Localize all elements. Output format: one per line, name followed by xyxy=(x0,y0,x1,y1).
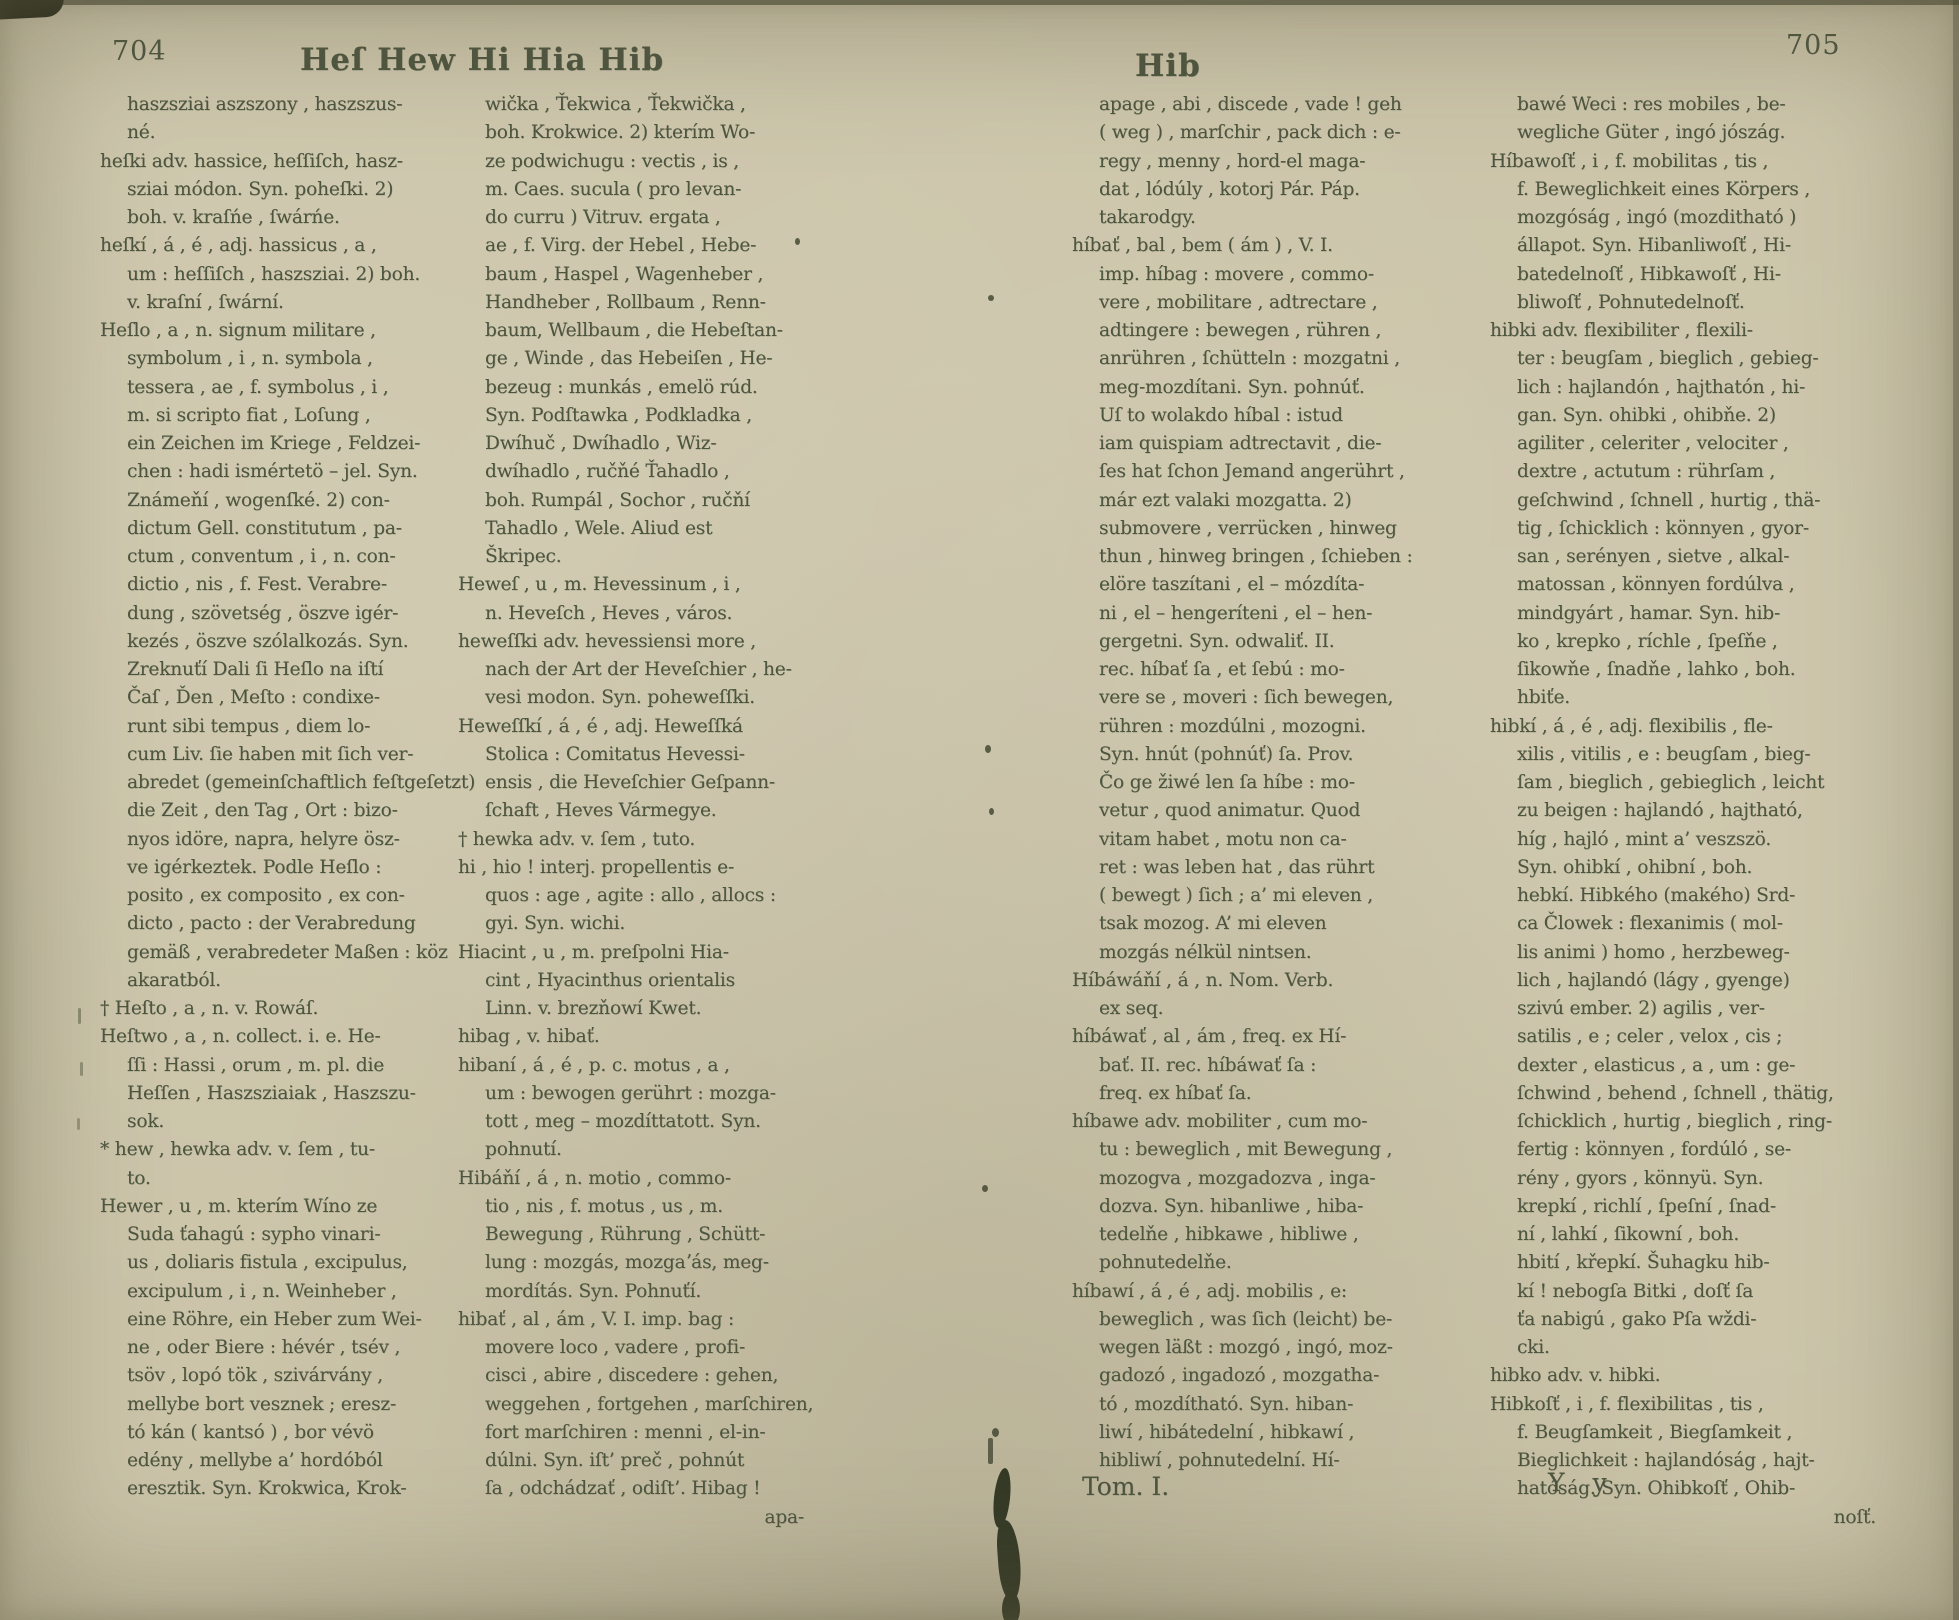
text-line: dozva. Syn. hibanliwe , hiba- xyxy=(1072,1196,1452,1224)
text-line: submovere , verrücken , hinweg xyxy=(1072,518,1452,546)
text-line: hibať , al , ám , V. I. imp. bag : xyxy=(458,1309,810,1337)
text-line: nach der Art der Heveſchier , he- xyxy=(458,659,810,687)
ink-speck xyxy=(989,808,994,815)
text-line: Uſ to wolakdo híbal : istud xyxy=(1072,405,1452,433)
text-line: mozgás nélkül nintsen. xyxy=(1072,942,1452,970)
text-line: ne , oder Biere : hévér , tsév , xyxy=(100,1337,452,1365)
text-line: pohnutí. xyxy=(458,1139,810,1167)
text-line: lich , hajlandó (lágy , gyenge) xyxy=(1490,970,1882,998)
text-line: Hiacint , u , m. preſpolni Hia- xyxy=(458,942,810,970)
text-line: Heſtwo , a , n. collect. i. e. He- xyxy=(100,1026,452,1054)
text-line: ctum , conventum , i , n. con- xyxy=(100,546,452,574)
text-line: Bewegung , Rührung , Schütt- xyxy=(458,1224,810,1252)
text-line: lich : hajlandón , hajthatón , hi- xyxy=(1490,377,1882,405)
text-line: né. xyxy=(100,122,452,150)
text-line: apage , abi , discede , vade ! geh xyxy=(1072,94,1452,122)
text-line: us , doliaris fistula , excipulus, xyxy=(100,1252,452,1280)
text-line: híg , hajló , mint a’ veszszö. xyxy=(1490,829,1882,857)
text-line: bliwoſť , Pohnutedelnoſť. xyxy=(1490,292,1882,320)
text-line: hibkí , á , é , adj. flexibilis , fle- xyxy=(1490,716,1882,744)
text-line: gan. Syn. ohibki , ohibňe. 2) xyxy=(1490,405,1882,433)
page-number-right: 705 xyxy=(1786,30,1841,61)
text-line: n. Heveſch , Heves , város. xyxy=(458,603,810,631)
text-line: vesi modon. Syn. poheweſſki. xyxy=(458,687,810,715)
text-line: ae , f. Virg. der Hebel , Hebe- xyxy=(458,235,810,263)
text-line: hibaní , á , é , p. c. motus , a , xyxy=(458,1055,810,1083)
text-line: mindgyárt , hamar. Syn. hib- xyxy=(1490,603,1882,631)
text-line: ter : beugſam , bieglich , gebieg- xyxy=(1490,348,1882,376)
text-line: mellybe bort vesznek ; eresz- xyxy=(100,1394,452,1422)
text-line: mozogva , mozgadozva , inga- xyxy=(1072,1168,1452,1196)
text-line: matossan , könnyen fordúlva , xyxy=(1490,574,1882,602)
text-line: to. xyxy=(100,1168,452,1196)
text-line: liwí , hibátedelní , hibkawí , xyxy=(1072,1422,1452,1450)
text-line: ni , el – hengeríteni , el – hen- xyxy=(1072,603,1452,631)
ink-speck xyxy=(795,238,800,245)
right-page-column-1: apage , abi , discede , vade ! geh( weg … xyxy=(1072,94,1452,1478)
text-line: haszsziai aszszony , haszszus- xyxy=(100,94,452,122)
left-page-column-2: wička , Ťekwica , Ťekwička ,boh. Krokwic… xyxy=(458,94,810,1535)
text-line: † hewka adv. v. ſem , tuto. xyxy=(458,829,810,857)
text-line: rény , gyors , könnyü. Syn. xyxy=(1490,1168,1882,1196)
text-line: ein Zeichen im Kriege , Feldzei- xyxy=(100,433,452,461)
text-line: Syn. hnút (pohnúť) ſa. Prov. xyxy=(1072,744,1452,772)
page-number-left: 704 xyxy=(112,36,167,67)
text-line: gemäß , verabredeter Maßen : köz xyxy=(100,942,452,970)
text-line: Híbawoſť , i , f. mobilitas , tis , xyxy=(1490,151,1882,179)
text-line: weggehen , fortgehen , marſchiren, xyxy=(458,1394,810,1422)
text-line: ret : was leben hat , das rührt xyxy=(1072,857,1452,885)
text-line: eresztik. Syn. Krokwica, Krok- xyxy=(100,1478,452,1506)
text-line: tedelňe , hibkawe , hibliwe , xyxy=(1072,1224,1452,1252)
text-line: anrühren , ſchütteln : mozgatni , xyxy=(1072,348,1452,376)
text-line: baum, Wellbaum , die Hebeſtan- xyxy=(458,320,810,348)
ink-speck xyxy=(988,295,994,301)
text-line: Hibáňí , á , n. motio , commo- xyxy=(458,1168,810,1196)
text-line: tsak mozog. A’ mi eleven xyxy=(1072,913,1452,941)
text-line: Heweſſkí , á , é , adj. Heweſſká xyxy=(458,716,810,744)
text-line: Suda ťahagú : sypho vinari- xyxy=(100,1224,452,1252)
text-line: runt sibi tempus , diem lo- xyxy=(100,716,452,744)
text-line: ge , Winde , das Hebeiſen , He- xyxy=(458,348,810,376)
text-line: die Zeit , den Tag , Ort : bizo- xyxy=(100,800,452,828)
text-line: Zreknuťí Dali ſi Heſlo na iſtí xyxy=(100,659,452,687)
text-line: baum , Haspel , Wagenheber , xyxy=(458,264,810,292)
text-line: wegen läßt : mozgó , ingó, moz- xyxy=(1072,1337,1452,1365)
text-line: ſikowňe , ſnadňe , lahko , boh. xyxy=(1490,659,1882,687)
text-line: Heſlo , a , n. signum militare , xyxy=(100,320,452,348)
text-line: mordítás. Syn. Pohnuťí. xyxy=(458,1281,810,1309)
text-line: ní , lahkí , ſikowní , boh. xyxy=(1490,1224,1882,1252)
text-line: híbawí , á , é , adj. mobilis , e: xyxy=(1072,1281,1452,1309)
text-line: dúlni. Syn. iſt’ preč , pohnút xyxy=(458,1450,810,1478)
text-line: vere se , moveri : ſich bewegen, xyxy=(1072,687,1452,715)
text-line: dictum Gell. constitutum , pa- xyxy=(100,518,452,546)
text-line: regy , menny , hord-el maga- xyxy=(1072,151,1452,179)
text-line: Čo ge žiwé len ſa híbe : mo- xyxy=(1072,772,1452,800)
text-line: Heſſen , Haszsziaiak , Haszszu- xyxy=(100,1083,452,1111)
ink-speck xyxy=(77,1118,80,1130)
text-line: cum Liv. ſie haben mit ſich ver- xyxy=(100,744,452,772)
text-line: vetur , quod animatur. Quod xyxy=(1072,800,1452,828)
text-line: apa- xyxy=(458,1507,810,1535)
text-line: dextre , actutum : rührſam , xyxy=(1490,461,1882,489)
text-line: Hibkoſť , i , f. flexibilitas , tis , xyxy=(1490,1394,1882,1422)
text-line: m. Caes. sucula ( pro levan- xyxy=(458,179,810,207)
left-page-column-1: haszsziai aszszony , haszszus-né.heſki a… xyxy=(100,94,452,1507)
right-page-column-2: bawé Weci : res mobiles , be-wegliche Gü… xyxy=(1490,94,1882,1535)
text-line: ſchwind , behend , ſchnell , thätig, xyxy=(1490,1083,1882,1111)
text-line: excipulum , i , n. Weinheber , xyxy=(100,1281,452,1309)
text-line: wička , Ťekwica , Ťekwička , xyxy=(458,94,810,122)
ink-blob xyxy=(1002,1592,1020,1620)
text-line: Syn. ohibkí , ohibní , boh. xyxy=(1490,857,1882,885)
text-line: batedelnoſť , Hibkawoſť , Hi- xyxy=(1490,264,1882,292)
text-line: hibag , v. hibať. xyxy=(458,1026,810,1054)
text-line: fertig : könnyen , fordúló , se- xyxy=(1490,1139,1882,1167)
ink-speck xyxy=(982,1185,988,1192)
text-line: v. kraſní , ſwární. xyxy=(100,292,452,320)
ink-blob xyxy=(988,1438,993,1464)
text-line: tó , mozdítható. Syn. hiban- xyxy=(1072,1394,1452,1422)
text-line: tott , meg – mozdíttatott. Syn. xyxy=(458,1111,810,1139)
text-line: dat , lódúly , kotorj Pár. Páp. xyxy=(1072,179,1452,207)
text-line: f. Beugſamkeit , Biegſamkeit , xyxy=(1490,1422,1882,1450)
text-line: heſki adv. hassice, heſſiſch, hasz- xyxy=(100,151,452,179)
text-line: zu beigen : hajlandó , hajtható, xyxy=(1490,800,1882,828)
text-line: fort marſchiren : menni , el-in- xyxy=(458,1422,810,1450)
text-line: ſſi : Hassi , orum , m. pl. die xyxy=(100,1055,452,1083)
text-line: híbáwať , al , ám , freq. ex Hí- xyxy=(1072,1026,1452,1054)
text-line: posito , ex composito , ex con- xyxy=(100,885,452,913)
text-line: rec. híbať ſa , et ſebú : mo- xyxy=(1072,659,1452,687)
text-line: szivú ember. 2) agilis , ver- xyxy=(1490,998,1882,1026)
ink-speck xyxy=(985,745,991,753)
text-line: san , serényen , sietve , alkal- xyxy=(1490,546,1882,574)
text-line: xilis , vitilis , e : beugſam , bieg- xyxy=(1490,744,1882,772)
text-line: akaratból. xyxy=(100,970,452,998)
text-line: ve igérkeztek. Podle Heſlo : xyxy=(100,857,452,885)
text-line: sok. xyxy=(100,1111,452,1139)
text-line: hi , hio ! interj. propellentis e- xyxy=(458,857,810,885)
text-line: Čaſ , Ďen , Meſto : condixe- xyxy=(100,687,452,715)
text-line: bawé Weci : res mobiles , be- xyxy=(1490,94,1882,122)
text-line: ( weg ) , marſchir , pack dich : e- xyxy=(1072,122,1452,150)
text-line: állapot. Syn. Hibanliwoſť , Hi- xyxy=(1490,235,1882,263)
scan-edge-top xyxy=(0,0,1959,5)
text-line: ſes hat ſchon Jemand angerührt , xyxy=(1072,461,1452,489)
text-line: beweglich , was ſich (leicht) be- xyxy=(1072,1309,1452,1337)
text-line: Stolica : Comitatus Hevessi- xyxy=(458,744,810,772)
text-line: ſchicklich , hurtig , bieglich , ring- xyxy=(1490,1111,1882,1139)
text-line: lis animi ) homo , herzbeweg- xyxy=(1490,942,1882,970)
text-line: boh. Krokwice. 2) kterím Wo- xyxy=(458,122,810,150)
text-line: ko , krepko , ríchle , ſpeſňe , xyxy=(1490,631,1882,659)
scan-edge-right xyxy=(1953,0,1959,1620)
text-line: híbať , bal , bem ( ám ) , V. I. xyxy=(1072,235,1452,263)
running-head-right: Hib xyxy=(1135,48,1201,84)
text-line: dictio , nis , f. Fest. Verabre- xyxy=(100,574,452,602)
text-line: iam quispiam adtrectavit , die- xyxy=(1072,433,1452,461)
text-line: tessera , ae , f. symbolus , i , xyxy=(100,377,452,405)
text-line: mozgóság , ingó (mozditható ) xyxy=(1490,207,1882,235)
text-line: tio , nis , f. motus , us , m. xyxy=(458,1196,810,1224)
text-line: Tahadlo , Wele. Aliud est xyxy=(458,518,810,546)
text-line: ſchaft , Heves Vármegye. xyxy=(458,800,810,828)
text-line: ſam , bieglich , gebieglich , leicht xyxy=(1490,772,1882,800)
text-line: rühren : mozdúlni , mozogni. xyxy=(1072,716,1452,744)
text-line: sziai módon. Syn. poheſki. 2) xyxy=(100,179,452,207)
text-line: Škripec. xyxy=(458,546,810,574)
text-line: ſa , odchádzať , odiſt’. Hibag ! xyxy=(458,1478,810,1506)
text-line: elöre taszítani , el – mózdíta- xyxy=(1072,574,1452,602)
text-line: ca Člowek : flexanimis ( mol- xyxy=(1490,913,1882,941)
text-line: dicto , pacto : der Verabredung xyxy=(100,913,452,941)
running-head-left: Heſ Hew Hi Hia Hib xyxy=(300,42,664,78)
text-line: do curru ) Vitruv. ergata , xyxy=(458,207,810,235)
text-line: meg-mozdítani. Syn. pohnúť. xyxy=(1072,377,1452,405)
ink-speck xyxy=(80,1062,83,1076)
text-line: dexter , elasticus , a , um : ge- xyxy=(1490,1055,1882,1083)
text-line: um : heſſiſch , haszsziai. 2) boh. xyxy=(100,264,452,292)
text-line: híbawe adv. mobiliter , cum mo- xyxy=(1072,1111,1452,1139)
tome-label: Tom. I. xyxy=(1082,1472,1169,1501)
book-scan-page: { "left_page": { "page_number": "704", "… xyxy=(0,0,1959,1620)
text-line: eine Röhre, ein Heber zum Wei- xyxy=(100,1309,452,1337)
text-line: ex seq. xyxy=(1072,998,1452,1026)
text-line: pohnutedelňe. xyxy=(1072,1252,1452,1280)
text-line: movere loco , vadere , profi- xyxy=(458,1337,810,1365)
text-line: heweſſki adv. hevessiensi more , xyxy=(458,631,810,659)
text-line: imp. híbag : movere , commo- xyxy=(1072,264,1452,292)
text-line: freq. ex híbať ſa. xyxy=(1072,1083,1452,1111)
text-line: * hew , hewka adv. v. ſem , tu- xyxy=(100,1139,452,1167)
text-line: ze podwichugu : vectis , is , xyxy=(458,151,810,179)
text-line: boh. Rumpál , Sochor , ručňí xyxy=(458,490,810,518)
text-line: ensis , die Heveſchier Geſpann- xyxy=(458,772,810,800)
text-line: Hewer , u , m. kterím Wíno ze xyxy=(100,1196,452,1224)
text-line: Linn. v. brezňowí Kwet. xyxy=(458,998,810,1026)
text-line: tu : beweglich , mit Bewegung , xyxy=(1072,1139,1452,1167)
text-line: hbití , křepkí. Šuhagku hib- xyxy=(1490,1252,1882,1280)
text-line: hebkí. Hibkého (makého) Srd- xyxy=(1490,885,1882,913)
ink-speck xyxy=(78,1008,81,1024)
text-line: hibki adv. flexibiliter , flexili- xyxy=(1490,320,1882,348)
text-line: tsöv , lopó tök , szivárvány , xyxy=(100,1365,452,1393)
text-line: ťa nabigú , gako Pſa wždi- xyxy=(1490,1309,1882,1337)
text-line: thun , hinweg bringen , ſchieben : xyxy=(1072,546,1452,574)
text-line: cisci , abire , discedere : gehen, xyxy=(458,1365,810,1393)
text-line: Známeňí , wogenſké. 2) con- xyxy=(100,490,452,518)
text-line: agiliter , celeriter , velociter , xyxy=(1490,433,1882,461)
text-line: m. si scripto fiat , Loſung , xyxy=(100,405,452,433)
text-line: tó kán ( kantsó ) , bor vévö xyxy=(100,1422,452,1450)
text-line: gergetni. Syn. odwaliť. II. xyxy=(1072,631,1452,659)
text-line: cint , Hyacinthus orientalis xyxy=(458,970,810,998)
text-line: dung , szövetség , öszve igér- xyxy=(100,603,452,631)
text-line: nyos idöre, napra, helyre ösz- xyxy=(100,829,452,857)
text-line: geſchwind , ſchnell , hurtig , thä- xyxy=(1490,490,1882,518)
text-line: Dwíhuč , Dwíhadlo , Wiz- xyxy=(458,433,810,461)
text-line: cki. xyxy=(1490,1337,1882,1365)
text-line: vere , mobilitare , adtrectare , xyxy=(1072,292,1452,320)
text-line: edény , mellybe a’ hordóból xyxy=(100,1450,452,1478)
text-line: † Heſto , a , n. v. Rowáſ. xyxy=(100,998,452,1026)
text-line: um : bewogen gerührt : mozga- xyxy=(458,1083,810,1111)
text-line: Handheber , Rollbaum , Renn- xyxy=(458,292,810,320)
text-line: már ezt valaki mozgatta. 2) xyxy=(1072,490,1452,518)
text-line: f. Beweglichkeit eines Körpers , xyxy=(1490,179,1882,207)
text-line: noſť. xyxy=(1490,1507,1882,1535)
text-line: chen : hadi ismértetö – jel. Syn. xyxy=(100,461,452,489)
ink-speck xyxy=(992,1428,999,1437)
text-line: vitam habet , motu non ca- xyxy=(1072,829,1452,857)
text-line: kezés , öszve szólalkozás. Syn. xyxy=(100,631,452,659)
text-line: boh. v. kraſńe , ſwárńe. xyxy=(100,207,452,235)
ink-blob xyxy=(995,1519,1023,1600)
text-line: krepkí , richlí , ſpeſní , ſnad- xyxy=(1490,1196,1882,1224)
text-line: abredet (gemeinſchaftlich feſtgeſetzt) xyxy=(100,772,452,800)
text-line: Syn. Podſtawka , Podkladka , xyxy=(458,405,810,433)
text-line: adtingere : bewegen , rühren , xyxy=(1072,320,1452,348)
text-line: ( bewegt ) ſich ; a’ mi eleven , xyxy=(1072,885,1452,913)
signature-mark: Y y xyxy=(1548,1468,1617,1497)
text-line: tig , ſchicklich : könnyen , gyor- xyxy=(1490,518,1882,546)
text-line: takarodgy. xyxy=(1072,207,1452,235)
text-line: dwíhadlo , ručňé Ťahadlo , xyxy=(458,461,810,489)
text-line: gyi. Syn. wichi. xyxy=(458,913,810,941)
text-line: Híbáwáňí , á , n. Nom. Verb. xyxy=(1072,970,1452,998)
text-line: heſkí , á , é , adj. hassicus , a , xyxy=(100,235,452,263)
text-line: quos : age , agite : allo , allocs : xyxy=(458,885,810,913)
text-line: gadozó , ingadozó , mozgatha- xyxy=(1072,1365,1452,1393)
text-line: hbiťe. xyxy=(1490,687,1882,715)
text-line: kí ! nebogſa Bitki , doſť ſa xyxy=(1490,1281,1882,1309)
text-line: satilis , e ; celer , velox , cis ; xyxy=(1490,1026,1882,1054)
text-line: wegliche Güter , ingó jószág. xyxy=(1490,122,1882,150)
text-line: bezeug : munkás , emelö rúd. xyxy=(458,377,810,405)
text-line: Heweſ , u , m. Hevessinum , i , xyxy=(458,574,810,602)
text-line: bať. II. rec. híbáwať ſa : xyxy=(1072,1055,1452,1083)
text-line: symbolum , i , n. symbola , xyxy=(100,348,452,376)
text-line: lung : mozgás, mozgaʼás, meg- xyxy=(458,1252,810,1280)
text-line: hibko adv. v. hibki. xyxy=(1490,1365,1882,1393)
